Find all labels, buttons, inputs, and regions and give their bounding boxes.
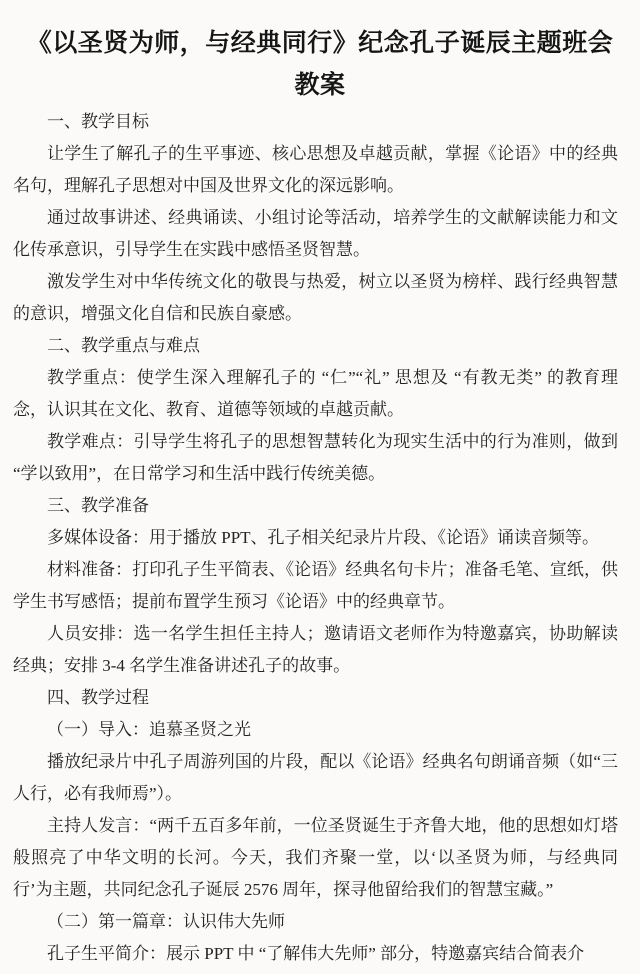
doc-title-line2: 教案 [0, 64, 640, 106]
paragraph: 通过故事讲述、经典诵读、小组讨论等活动，培养学生的文献解读能力和文化传承意识，引… [13, 202, 618, 266]
paragraph: 多媒体设备：用于播放 PPT、孔子相关纪录片片段、《论语》诵读音频等。 [13, 522, 618, 554]
paragraph: 主持人发言：“两千五百多年前，一位圣贤诞生于齐鲁大地，他的思想如灯塔般照亮了中华… [13, 810, 618, 906]
sub-heading-intro: （一）导入：追慕圣贤之光 [13, 714, 618, 746]
section-heading-key-points: 二、教学重点与难点 [13, 330, 618, 362]
doc-body: 一、教学目标 让学生了解孔子的生平事迹、核心思想及卓越贡献，掌握《论语》中的经典… [13, 106, 618, 970]
document-page: 《以圣贤为师，与经典同行》纪念孔子诞辰主题班会 教案 一、教学目标 让学生了解孔… [0, 0, 640, 974]
section-heading-teaching-goals: 一、教学目标 [13, 106, 618, 138]
section-heading-preparation: 三、教学准备 [13, 490, 618, 522]
paragraph: 人员安排：选一名学生担任主持人；邀请语文老师作为特邀嘉宾，协助解读经典；安排 3… [13, 618, 618, 682]
paragraph: 孔子生平简介：展示 PPT 中 “了解伟大先师” 部分，特邀嘉宾结合简表介 [13, 938, 618, 970]
doc-title-line1: 《以圣贤为师，与经典同行》纪念孔子诞辰主题班会 [0, 22, 640, 64]
doc-title: 《以圣贤为师，与经典同行》纪念孔子诞辰主题班会 教案 [0, 22, 640, 106]
paragraph: 让学生了解孔子的生平事迹、核心思想及卓越贡献，掌握《论语》中的经典名句，理解孔子… [13, 138, 618, 202]
paragraph: 教学难点：引导学生将孔子的思想智慧转化为现实生活中的行为准则，做到“学以致用”，… [13, 426, 618, 490]
paragraph: 材料准备：打印孔子生平简表、《论语》经典名句卡片；准备毛笔、宣纸，供学生书写感悟… [13, 554, 618, 618]
paragraph: 激发学生对中华传统文化的敬畏与热爱，树立以圣贤为榜样、践行经典智慧的意识，增强文… [13, 266, 618, 330]
sub-heading-chapter-one: （二）第一篇章：认识伟大先师 [13, 906, 618, 938]
paragraph: 播放纪录片中孔子周游列国的片段，配以《论语》经典名句朗诵音频（如“三人行，必有我… [13, 746, 618, 810]
section-heading-process: 四、教学过程 [13, 682, 618, 714]
paragraph: 教学重点：使学生深入理解孔子的 “仁”“礼” 思想及 “有教无类” 的教育理念，… [13, 362, 618, 426]
